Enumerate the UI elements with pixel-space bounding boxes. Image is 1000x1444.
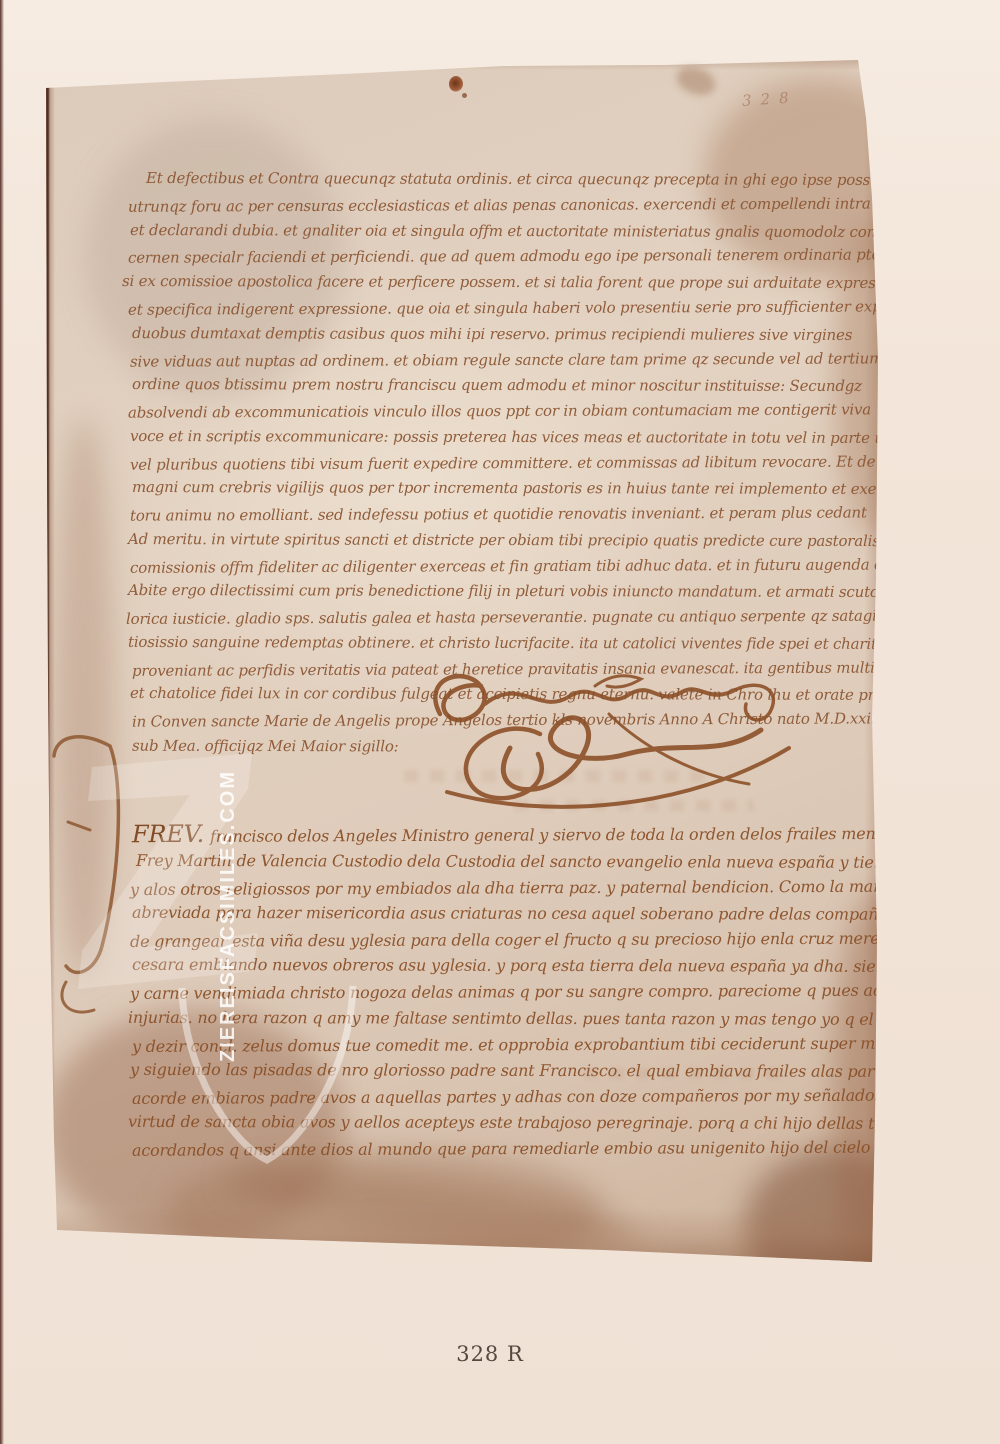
manuscript-line-latin: sive viduas aut nuptas ad ordinem. et ob…	[130, 349, 880, 370]
manuscript-line-latin: absolvendi ab excommunicatiois vinculo i…	[128, 400, 871, 421]
manuscript-line-latin: et specifica indigerent expressione. que…	[128, 297, 880, 318]
manuscript-line-latin: Ad meritu. in virtute spiritus sancti et…	[128, 530, 880, 550]
manuscript-line-latin: et declarandi dubia. et gnaliter oia et …	[130, 221, 876, 241]
facsimile-photo: Et defectibus et Contra quecunqz statuta…	[0, 0, 1000, 1444]
manuscript-line-latin: cernen specialr faciendi et perficiendi.…	[128, 245, 880, 266]
manuscript-line-latin: Et defectibus et Contra quecunqz statuta…	[146, 169, 880, 189]
plate-page-label: 328 R	[380, 1342, 600, 1366]
leaf-left-edge-shadow	[44, 80, 55, 1232]
manuscript-line-latin: si ex comissioe apostolica facere et per…	[122, 272, 880, 292]
signature-flourish	[385, 652, 815, 812]
manuscript-line-latin: utrunqz foru ac per censuras ecclesiasti…	[128, 194, 880, 215]
manuscript-line-latin: tiosissio sanguine redemptas obtinere. e…	[128, 633, 880, 653]
leaf-bottom-edge-shadow	[44, 1208, 880, 1268]
manuscript-line-latin: toru animu no emolliant. sed indefessu p…	[130, 503, 867, 524]
ink-blot-small	[462, 93, 467, 98]
leaf-left-edge-line	[46, 84, 49, 1230]
manuscript-line-latin: lorica iusticie. gladio sps. salutis gal…	[126, 606, 880, 628]
manuscript-line-latin: magni cum crebris vigilijs quos per tpor…	[132, 478, 880, 498]
leaf-top-edge-shadow	[44, 58, 880, 70]
manuscript-line-latin: comissionis offm fideliter ac diligenter…	[130, 555, 880, 577]
manuscript-line-latin: vel pluribus quotiens tibi visum fuerit …	[130, 452, 880, 474]
photo-left-edge	[0, 0, 4, 1444]
manuscript-line-text: francisco delos Angeles Ministro general…	[210, 823, 880, 846]
ink-blot	[449, 76, 463, 92]
watermark-shield	[170, 980, 365, 1185]
manuscript-line-latin: duobus dumtaxat demptis casibus quos mih…	[132, 324, 852, 344]
watermark-text: ZIEREISFACSIMILES.COM	[206, 768, 250, 1064]
manuscript-line-latin: Abite ergo dilectissimi cum pris benedic…	[128, 581, 880, 601]
manuscript-line-latin: voce et in scriptis excommunicare: possi…	[130, 427, 880, 447]
manuscript-line-latin: ordine quos btissimu prem nostru francis…	[132, 375, 862, 395]
